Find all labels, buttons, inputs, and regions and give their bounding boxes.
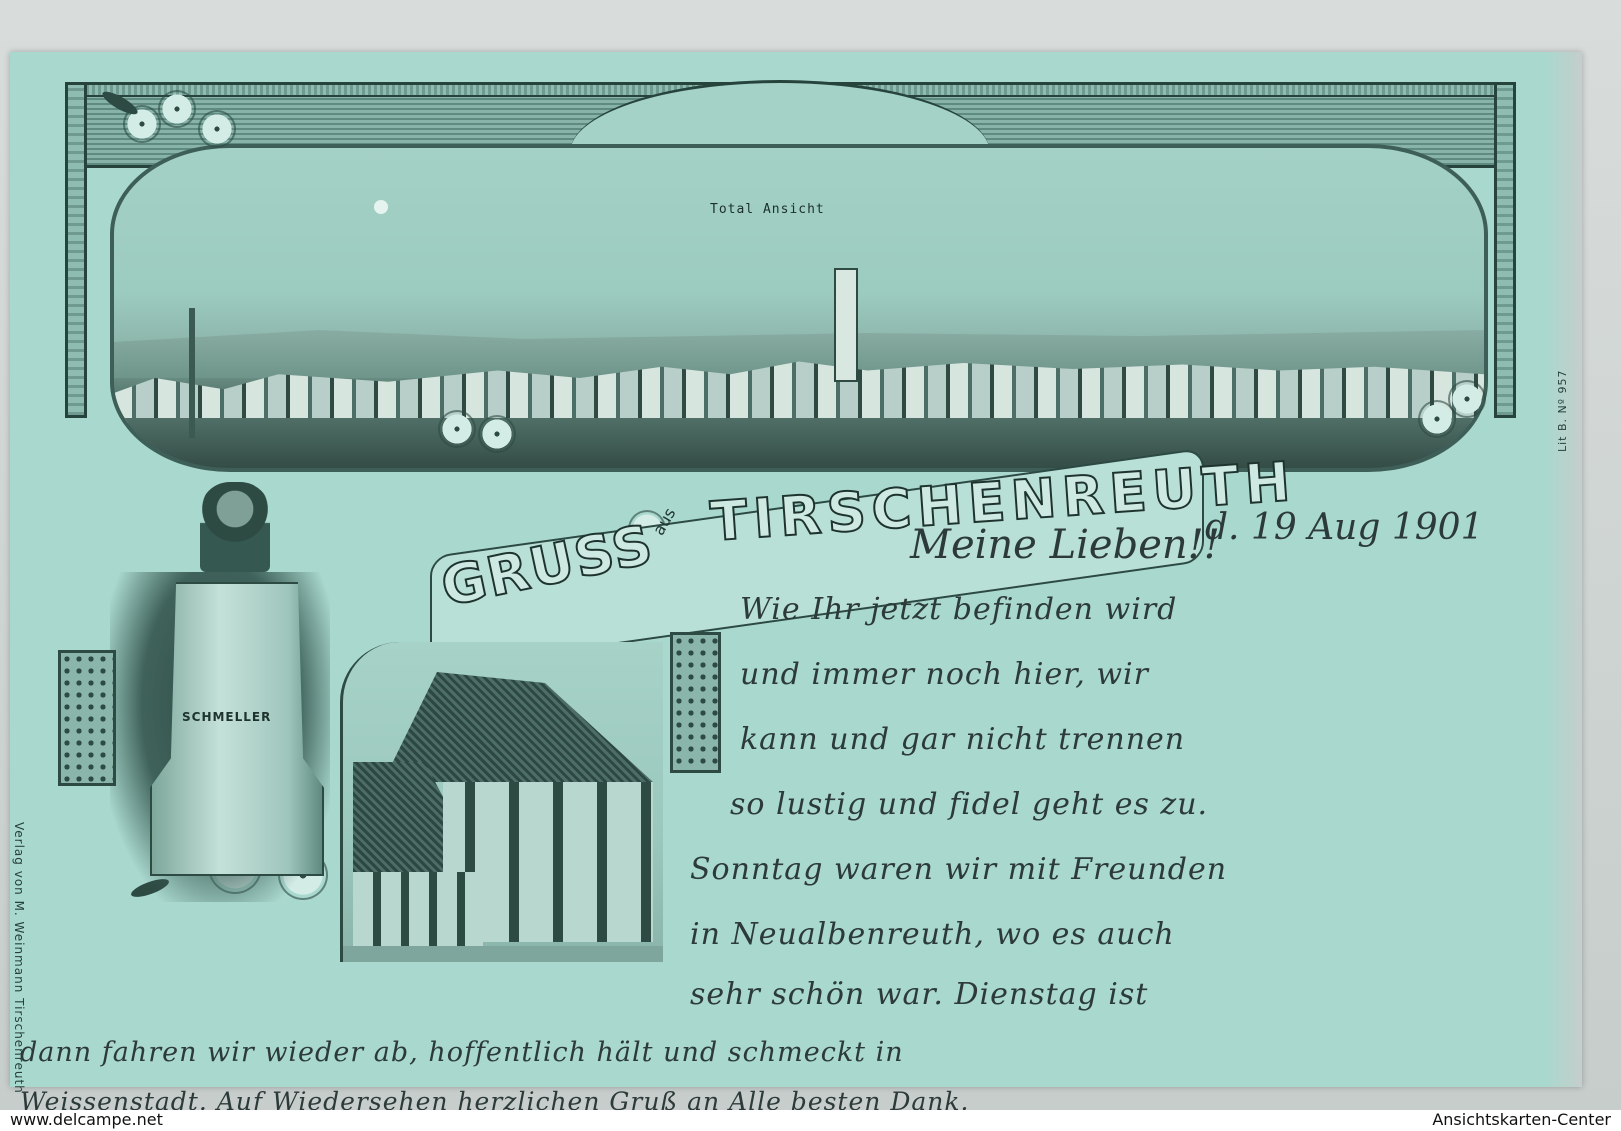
footer-strip <box>0 1110 1621 1131</box>
watermark-left[interactable]: www.delcampe.net <box>10 1110 163 1129</box>
moon-icon <box>374 200 388 214</box>
ornamental-right-frame <box>1494 82 1516 418</box>
street <box>343 946 663 962</box>
watermark-right: Ansichtskarten-Center <box>1432 1110 1611 1129</box>
handwritten-line: dann fahren wir wieder ab, hoffentlich h… <box>20 1037 904 1068</box>
lithographer-mark: Lit B. Nº 957 <box>1556 370 1569 452</box>
bust <box>200 482 270 572</box>
handwritten-line: und immer noch hier, wir <box>740 657 1149 692</box>
ornamental-panel-right <box>670 632 721 773</box>
church-tower <box>834 268 858 382</box>
handwritten-line: kann und gar nicht trennen <box>740 722 1185 757</box>
pedestal <box>150 582 324 876</box>
factory-chimney <box>189 308 195 438</box>
panorama-caption: Total Ansicht <box>710 202 825 217</box>
handwritten-greeting: Meine Lieben!! <box>910 522 1220 568</box>
flower-icon <box>440 412 474 446</box>
schmeller-monument: SCHMELLER <box>150 582 320 872</box>
handwritten-line: Sonntag waren wir mit Freunden <box>690 852 1227 887</box>
monument-plaque: SCHMELLER <box>182 710 271 724</box>
handwritten-line: so lustig und fidel geht es zu. <box>730 787 1208 822</box>
handwritten-line: sehr schön war. Dienstag ist <box>690 977 1148 1012</box>
handwritten-line: Wie Ihr jetzt befinden wird <box>740 592 1177 627</box>
postcard: Total Ansicht GRUSS aus TIRSCHENREUTH SC… <box>10 52 1582 1087</box>
left-facade <box>353 872 483 952</box>
building-vignette <box>340 642 663 962</box>
ornamental-panel-left <box>58 650 116 786</box>
flower-icon <box>480 417 514 451</box>
ornamental-left-frame <box>65 82 87 418</box>
town-panorama <box>110 144 1488 472</box>
flower-icon <box>1450 382 1484 416</box>
handwritten-date: d. 19 Aug 1901 <box>1205 507 1483 548</box>
card-edge-shadow <box>1546 52 1582 1087</box>
flower-icon <box>160 92 194 126</box>
handwritten-line: in Neualbenreuth, wo es auch <box>690 917 1175 952</box>
flower-icon <box>200 112 234 146</box>
flower-icon <box>1420 402 1454 436</box>
